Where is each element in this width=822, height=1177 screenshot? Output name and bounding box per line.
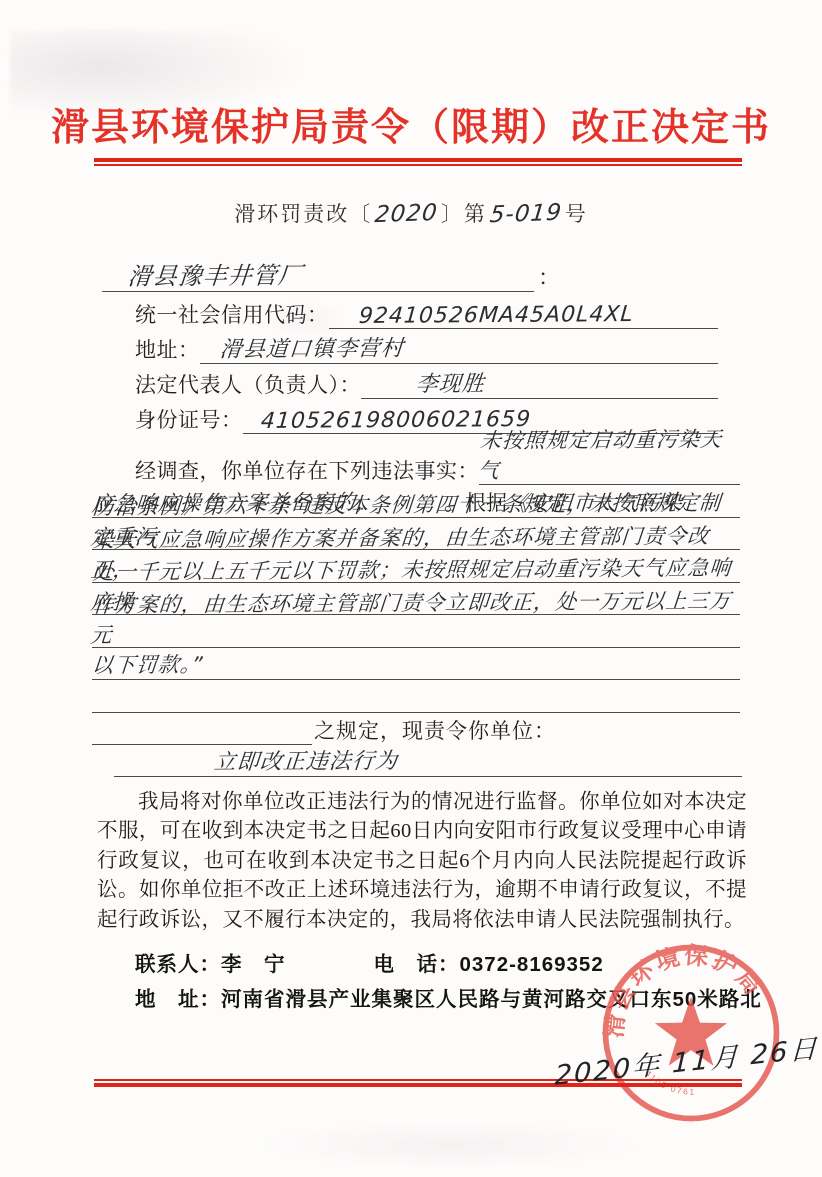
- recipient-colon: ：: [534, 261, 560, 292]
- legal-representative-handwritten: 李现胜: [415, 367, 487, 398]
- credit-code-label: 统一社会信用代码：: [135, 299, 329, 329]
- recipient-name-handwritten: 滑县豫丰井管厂: [127, 255, 305, 291]
- address-handwritten: 滑县道口镇李营村: [218, 331, 405, 363]
- order-value-row: 立即改正违法行为: [114, 744, 742, 777]
- facts-line1-field: 未按照规定启动重污染天气: [479, 424, 740, 485]
- contact-row: 联系人：李 宁电 话：0372-8169352: [135, 947, 604, 977]
- contact-person-label: 联系人：: [135, 953, 221, 976]
- contact-phone-number: 0372-8169352: [460, 953, 604, 976]
- supervision-paragraph: 我局将对你单位改正违法行为的情况进行监督。你单位如对本决定不服，可在收到本决定书…: [97, 788, 747, 935]
- credit-code-handwritten: 92410526MA45A0L4XL: [357, 302, 634, 329]
- doc-number-year-handwritten: 2020: [374, 200, 440, 228]
- legal-representative-label: 法定代表人（负责人）：: [135, 369, 361, 399]
- facts-lead-label: 经调查，你单位存在下列违法事实：: [135, 455, 479, 485]
- doc-number-prefix: 滑环罚责改〔: [234, 202, 372, 226]
- facts-line1-handwritten: 未按照规定启动重污染天气: [477, 423, 743, 485]
- document-title: 滑县环境保护局责令（限期）改正决定书: [0, 96, 822, 151]
- doc-number-mid: 〕第: [441, 202, 487, 226]
- scan-artifact-bottom: [250, 1120, 650, 1170]
- facts-line6-handwritten: 作方案的，由生态环境主管部门责令立即改正，处一万元以上三万元: [89, 584, 742, 649]
- doc-number-suffix: 号: [565, 202, 588, 226]
- document-number: 滑环罚责改〔2020〕第5-019号: [0, 198, 822, 228]
- contact-phone-label: 电 话：: [374, 953, 460, 976]
- scanned-document-page: 滑县环境保护局责令（限期）改正决定书 滑环罚责改〔2020〕第5-019号 滑县…: [0, 0, 822, 1177]
- facts-line7-handwritten: 以下罚款。”: [91, 648, 205, 679]
- blank-underline-row: [92, 680, 740, 713]
- credit-code-field: 92410526MA45A0L4XL: [329, 302, 719, 329]
- recipient-row: 滑县豫丰井管厂 ：: [102, 258, 572, 292]
- order-value-handwritten: 立即改正违法行为: [113, 744, 400, 777]
- doc-number-serial-handwritten: 5-019: [488, 200, 563, 228]
- recipient-name-field: 滑县豫丰井管厂: [102, 256, 534, 292]
- contact-person-name: 李 宁: [221, 953, 286, 976]
- field-legal-representative: 法定代表人（负责人）： 李现胜: [135, 366, 718, 399]
- facts-line7-row: 以下罚款。”: [92, 647, 740, 680]
- field-credit-code: 统一社会信用代码： 92410526MA45A0L4XL: [135, 296, 718, 329]
- address-label: 地址：: [135, 334, 200, 364]
- contact-address-label: 地 址：: [135, 988, 221, 1011]
- legal-representative-field: 李现胜: [361, 367, 718, 399]
- address-field: 滑县道口镇李营村: [200, 332, 719, 364]
- id-number-label: 身份证号：: [135, 404, 243, 434]
- facts-line6-row: 作方案的，由生态环境主管部门责令立即改正，处一万元以上三万元: [92, 615, 740, 648]
- order-lead-row: 之规定，现责令你单位：: [92, 712, 740, 745]
- field-address: 地址： 滑县道口镇李营村: [135, 331, 718, 364]
- facts-lead-row: 经调查，你单位存在下列违法事实： 未按照规定启动重污染天气: [135, 452, 740, 485]
- order-blank-underline: [92, 712, 312, 745]
- order-lead-printed: 之规定，现责令你单位：: [312, 715, 556, 745]
- header-rule: [94, 158, 742, 166]
